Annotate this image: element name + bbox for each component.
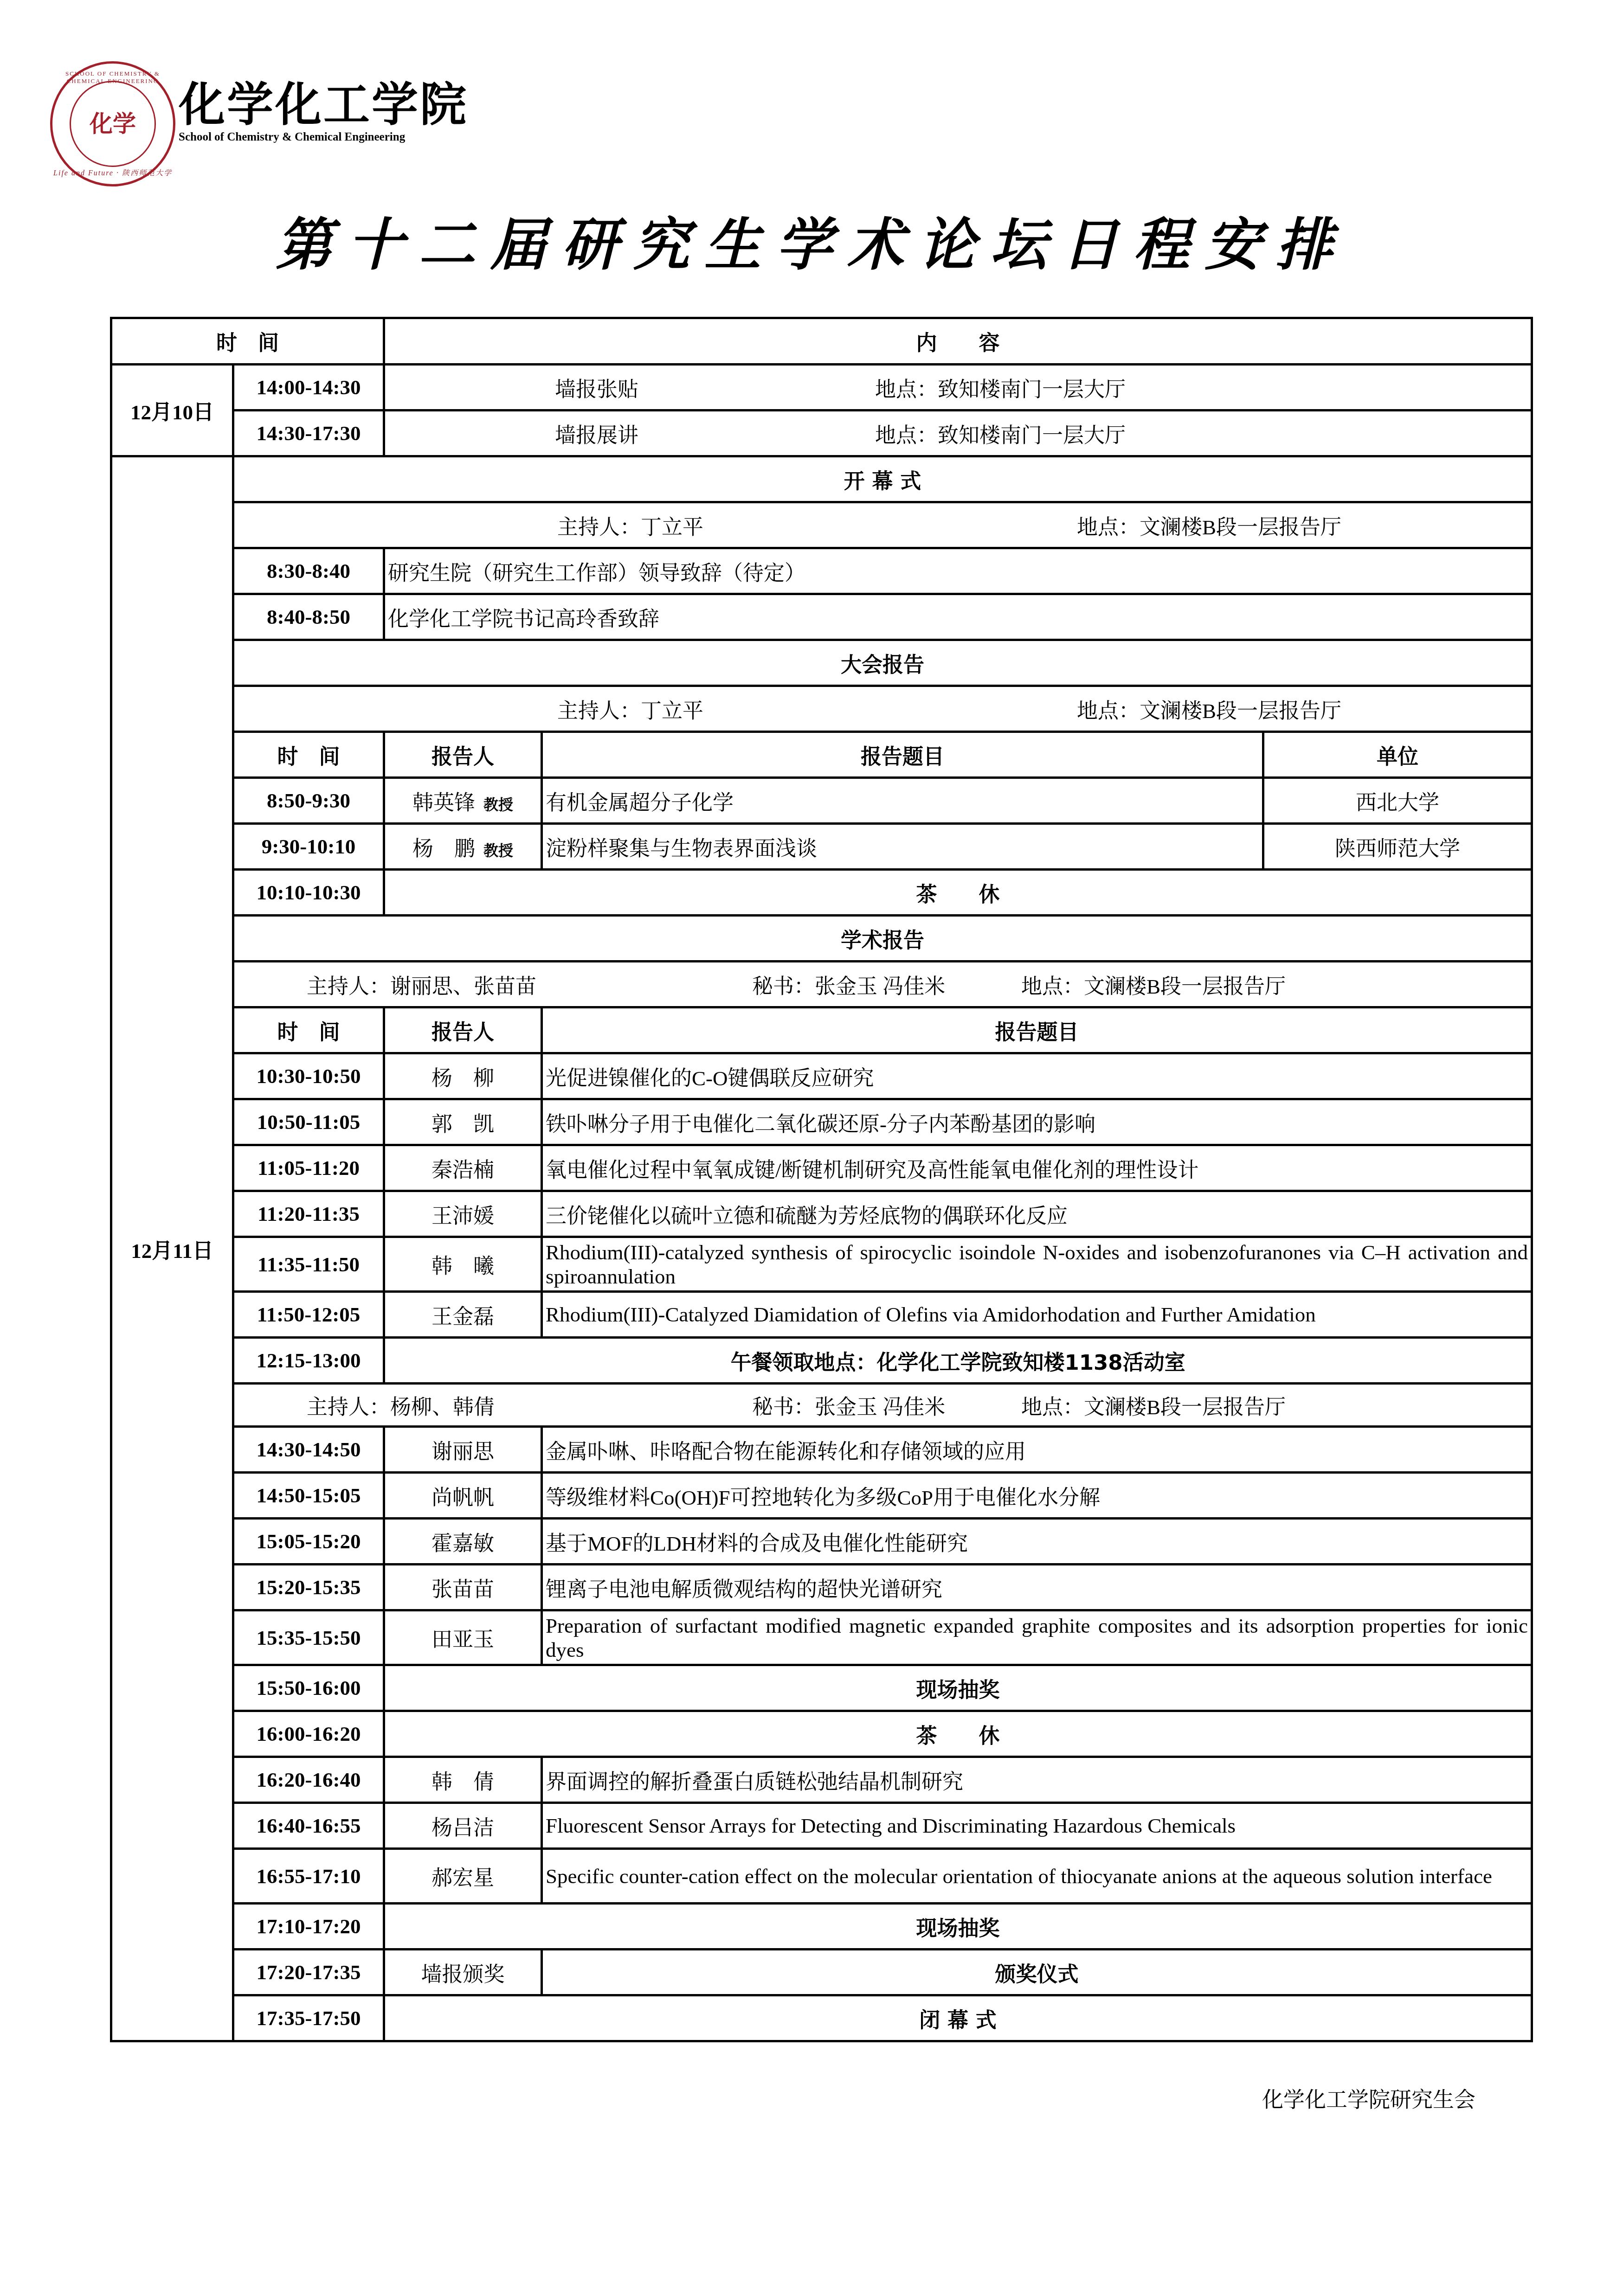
table-row: 9:30-10:10 杨 鹏教授 淀粉样聚集与生物表界面浅谈 陕西师范大学 (111, 824, 1532, 870)
speaker-cell: 韩英锋教授 (384, 778, 542, 824)
topic-cell: 界面调控的解折叠蛋白质链松弛结晶机制研究 (542, 1757, 1532, 1803)
organizer-signature: 化学化工学院研究生会 (1262, 2083, 1475, 2113)
speaker-cell: 尚帆帆 (384, 1473, 542, 1519)
speaker-name: 杨 鹏 (412, 837, 475, 860)
time-cell: 16:20-16:40 (233, 1757, 384, 1803)
time-cell: 11:05-11:20 (233, 1145, 384, 1191)
time-cell: 8:40-8:50 (233, 594, 384, 640)
col-time: 时 间 (233, 732, 384, 778)
section-title: 开 幕 式 (233, 456, 1532, 502)
table-row: 10:50-11:05 郭 凯 铁卟啉分子用于电催化二氧化碳还原-分子内苯酚基团… (111, 1099, 1532, 1145)
award-row: 17:20-17:35 墙报颁奖 颁奖仪式 (111, 1950, 1532, 1995)
speaker-title: 教授 (483, 796, 513, 813)
time-cell: 17:10-17:20 (233, 1904, 384, 1950)
location: 地点：文澜楼B段一层报告厅 (1012, 969, 1286, 1000)
logo-seal-text: 化学 (90, 112, 136, 136)
break-label: 茶 休 (384, 1711, 1532, 1757)
break-row: 16:00-16:20 茶 休 (111, 1711, 1532, 1757)
col-speaker: 报告人 (384, 1007, 542, 1053)
time-cell: 14:50-15:05 (233, 1473, 384, 1519)
topic-cell: Fluorescent Sensor Arrays for Detecting … (542, 1803, 1532, 1849)
topic-cell: Preparation of surfactant modified magne… (542, 1610, 1532, 1665)
topic-cell: 等级维材料Co(OH)F可控地转化为多级CoP用于电催化水分解 (542, 1473, 1532, 1519)
speaker-cell: 韩 曦 (384, 1237, 542, 1292)
speaker-cell: 秦浩楠 (384, 1145, 542, 1191)
break-label: 茶 休 (384, 870, 1532, 916)
time-cell: 11:20-11:35 (233, 1191, 384, 1237)
speaker-title: 教授 (483, 842, 513, 859)
logo-ring-bottom: Life and Future · 陕西师范大学 (52, 167, 173, 178)
host-row: 主持人：丁立平 地点：文澜楼B段一层报告厅 (111, 686, 1532, 732)
table-row: 14:50-15:05 尚帆帆 等级维材料Co(OH)F可控地转化为多级CoP用… (111, 1473, 1532, 1519)
time-cell: 16:55-17:10 (233, 1849, 384, 1904)
host: 主持人：丁立平 (237, 694, 891, 724)
topic-cell: 金属卟啉、咔咯配合物在能源转化和存储领域的应用 (542, 1427, 1532, 1473)
table-row: 11:20-11:35 王沛媛 三价铑催化以硫叶立德和硫醚为芳烃底物的偶联环化反… (111, 1191, 1532, 1237)
time-cell: 17:20-17:35 (233, 1950, 384, 1995)
time-cell: 14:30-17:30 (233, 410, 384, 456)
date-day2: 12月11日 (111, 456, 233, 2041)
lottery-label: 现场抽奖 (384, 1665, 1532, 1711)
school-logo: SCHOOL OF CHEMISTRY & CHEMICAL ENGINEERI… (50, 61, 175, 186)
time-cell: 11:50-12:05 (233, 1292, 384, 1338)
table-row: 8:40-8:50 化学化工学院书记高玲香致辞 (111, 594, 1532, 640)
time-cell: 16:00-16:20 (233, 1711, 384, 1757)
closing-label: 闭 幕 式 (384, 1995, 1532, 2041)
content-cell: 研究生院（研究生工作部）领导致辞（待定） (384, 548, 1532, 594)
speaker-cell: 郭 凯 (384, 1099, 542, 1145)
topic-cell: 基于MOF的LDH材料的合成及电催化性能研究 (542, 1519, 1532, 1565)
host: 主持人：丁立平 (237, 510, 891, 540)
topic-cell: 光促进镍催化的C-O键偶联反应研究 (542, 1053, 1532, 1099)
time-cell: 17:35-17:50 (233, 1995, 384, 2041)
table-row: 12月10日 14:00-14:30 墙报张贴 地点：致知楼南门一层大厅 (111, 365, 1532, 410)
section-title: 学术报告 (233, 916, 1532, 962)
lunch-label: 午餐领取地点：化学化工学院致知楼1138活动室 (384, 1338, 1532, 1384)
col-speaker: 报告人 (384, 732, 542, 778)
unit-cell: 陕西师范大学 (1263, 824, 1532, 870)
time-cell: 14:30-14:50 (233, 1427, 384, 1473)
section-academic: 学术报告 (111, 916, 1532, 962)
topic-cell: 铁卟啉分子用于电催化二氧化碳还原-分子内苯酚基团的影响 (542, 1099, 1532, 1145)
time-cell: 11:35-11:50 (233, 1237, 384, 1292)
speaker-cell: 墙报颁奖 (384, 1950, 542, 1995)
time-cell: 15:50-16:00 (233, 1665, 384, 1711)
table-row: 16:40-16:55 杨吕洁 Fluorescent Sensor Array… (111, 1803, 1532, 1849)
school-name-cn: 化学化工学院 (179, 79, 468, 130)
table-row: 8:50-9:30 韩英锋教授 有机金属超分子化学 西北大学 (111, 778, 1532, 824)
time-cell: 10:10-10:30 (233, 870, 384, 916)
table-row: 15:35-15:50 田亚玉 Preparation of surfactan… (111, 1610, 1532, 1665)
col-time: 时 间 (233, 1007, 384, 1053)
topic-cell: 有机金属超分子化学 (542, 778, 1263, 824)
table-row: 11:35-11:50 韩 曦 Rhodium(III)-catalyzed s… (111, 1237, 1532, 1292)
lottery-row: 17:10-17:20 现场抽奖 (111, 1904, 1532, 1950)
host-row: 主持人：谢丽思、张苗苗 秘书：张金玉 冯佳米 地点：文澜楼B段一层报告厅 (111, 962, 1532, 1007)
closing-row: 17:35-17:50 闭 幕 式 (111, 1995, 1532, 2041)
school-name-en: School of Chemistry & Chemical Engineeri… (179, 131, 405, 144)
logo-seal: 化学 (70, 81, 156, 167)
secretary: 秘书：张金玉 冯佳米 (752, 1390, 1012, 1420)
page-title: 第十二届研究生学术论坛日程安排 (0, 199, 1623, 281)
column-header-row: 时 间 报告人 报告题目 单位 (111, 732, 1532, 778)
speaker-name: 韩英锋 (412, 791, 475, 815)
time-cell: 12:15-13:00 (233, 1338, 384, 1384)
time-cell: 16:40-16:55 (233, 1803, 384, 1849)
col-topic: 报告题目 (542, 732, 1263, 778)
time-cell: 15:35-15:50 (233, 1610, 384, 1665)
content-cell: 墙报张贴 地点：致知楼南门一层大厅 (384, 365, 1532, 410)
time-cell: 15:05-15:20 (233, 1519, 384, 1565)
location: 地点：文澜楼B段一层报告厅 (891, 510, 1341, 540)
speaker-cell: 杨吕洁 (384, 1803, 542, 1849)
speaker-cell: 霍嘉敏 (384, 1519, 542, 1565)
time-cell: 8:30-8:40 (233, 548, 384, 594)
column-header-row: 时 间 报告人 报告题目 (111, 1007, 1532, 1053)
section-opening: 12月11日 开 幕 式 (111, 456, 1532, 502)
topic-cell: Specific counter-cation effect on the mo… (542, 1849, 1532, 1904)
speaker-cell: 杨 鹏教授 (384, 824, 542, 870)
activity: 墙报张贴 (388, 372, 731, 403)
time-cell: 10:30-10:50 (233, 1053, 384, 1099)
table-row: 14:30-14:50 谢丽思 金属卟啉、咔咯配合物在能源转化和存储领域的应用 (111, 1427, 1532, 1473)
time-cell: 14:00-14:30 (233, 365, 384, 410)
time-cell: 8:50-9:30 (233, 778, 384, 824)
date-day1: 12月10日 (111, 365, 233, 456)
secretary: 秘书：张金玉 冯佳米 (752, 969, 1012, 1000)
table-row: 16:55-17:10 郝宏星 Specific counter-cation … (111, 1849, 1532, 1904)
time-cell: 9:30-10:10 (233, 824, 384, 870)
speaker-cell: 王金磊 (384, 1292, 542, 1338)
lottery-row: 15:50-16:00 现场抽奖 (111, 1665, 1532, 1711)
topic-cell: Rhodium(III)-catalyzed synthesis of spir… (542, 1237, 1532, 1292)
topic-cell: 锂离子电池电解质微观结构的超快光谱研究 (542, 1565, 1532, 1610)
host: 主持人：谢丽思、张苗苗 (237, 969, 752, 1000)
activity: 墙报展讲 (388, 418, 731, 449)
content-cell: 化学化工学院书记高玲香致辞 (384, 594, 1532, 640)
location: 地点：致知楼南门一层大厅 (731, 372, 1126, 403)
speaker-cell: 韩 倩 (384, 1757, 542, 1803)
time-cell: 15:20-15:35 (233, 1565, 384, 1610)
lottery-label: 现场抽奖 (384, 1904, 1532, 1950)
section-plenary: 大会报告 (111, 640, 1532, 686)
speaker-cell: 杨 柳 (384, 1053, 542, 1099)
host-row: 主持人：丁立平 地点：文澜楼B段一层报告厅 (111, 502, 1532, 548)
logo-ring-text: SCHOOL OF CHEMISTRY & CHEMICAL ENGINEERI… (52, 70, 173, 85)
speaker-cell: 张苗苗 (384, 1565, 542, 1610)
table-row: 14:30-17:30 墙报展讲 地点：致知楼南门一层大厅 (111, 410, 1532, 456)
table-row: 8:30-8:40 研究生院（研究生工作部）领导致辞（待定） (111, 548, 1532, 594)
content-cell: 墙报展讲 地点：致知楼南门一层大厅 (384, 410, 1532, 456)
col-topic: 报告题目 (542, 1007, 1532, 1053)
host-row: 主持人：杨柳、韩倩 秘书：张金玉 冯佳米 地点：文澜楼B段一层报告厅 (111, 1384, 1532, 1427)
header-content: 内 容 (384, 318, 1532, 365)
table-row: 15:05-15:20 霍嘉敏 基于MOF的LDH材料的合成及电催化性能研究 (111, 1519, 1532, 1565)
topic-cell: 氧电催化过程中氧氧成键/断键机制研究及高性能氧电催化剂的理性设计 (542, 1145, 1532, 1191)
award-label: 颁奖仪式 (542, 1950, 1532, 1995)
location: 地点：致知楼南门一层大厅 (731, 418, 1126, 449)
time-cell: 10:50-11:05 (233, 1099, 384, 1145)
speaker-cell: 田亚玉 (384, 1610, 542, 1665)
topic-cell: 三价铑催化以硫叶立德和硫醚为芳烃底物的偶联环化反应 (542, 1191, 1532, 1237)
location: 地点：文澜楼B段一层报告厅 (891, 694, 1341, 724)
section-title: 大会报告 (233, 640, 1532, 686)
table-row: 15:20-15:35 张苗苗 锂离子电池电解质微观结构的超快光谱研究 (111, 1565, 1532, 1610)
schedule-table: 时 间 内 容 12月10日 14:00-14:30 墙报张贴 地点：致知楼南门… (110, 317, 1533, 2042)
break-row: 10:10-10:30 茶 休 (111, 870, 1532, 916)
speaker-cell: 郝宏星 (384, 1849, 542, 1904)
table-row: 11:05-11:20 秦浩楠 氧电催化过程中氧氧成键/断键机制研究及高性能氧电… (111, 1145, 1532, 1191)
table-row: 10:30-10:50 杨 柳 光促进镍催化的C-O键偶联反应研究 (111, 1053, 1532, 1099)
lunch-row: 12:15-13:00 午餐领取地点：化学化工学院致知楼1138活动室 (111, 1338, 1532, 1384)
speaker-cell: 谢丽思 (384, 1427, 542, 1473)
location: 地点：文澜楼B段一层报告厅 (1012, 1390, 1286, 1420)
table-row: 11:50-12:05 王金磊 Rhodium(III)-Catalyzed D… (111, 1292, 1532, 1338)
topic-cell: Rhodium(III)-Catalyzed Diamidation of Ol… (542, 1292, 1532, 1338)
table-row: 16:20-16:40 韩 倩 界面调控的解折叠蛋白质链松弛结晶机制研究 (111, 1757, 1532, 1803)
table-header: 时 间 内 容 (111, 318, 1532, 365)
speaker-cell: 王沛媛 (384, 1191, 542, 1237)
host: 主持人：杨柳、韩倩 (237, 1390, 752, 1420)
header-time: 时 间 (111, 318, 384, 365)
col-unit: 单位 (1263, 732, 1532, 778)
topic-cell: 淀粉样聚集与生物表界面浅谈 (542, 824, 1263, 870)
unit-cell: 西北大学 (1263, 778, 1532, 824)
